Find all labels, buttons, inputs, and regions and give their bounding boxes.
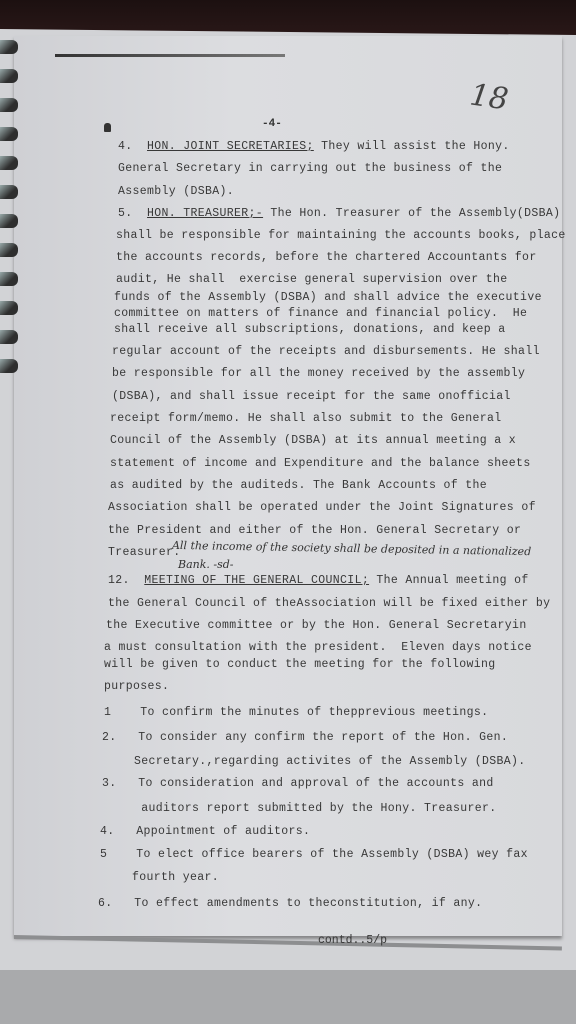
text-line: committee on matters of finance and fina… (114, 307, 527, 320)
section-heading: HON. TREASURER;- (147, 207, 263, 220)
printed-rule (55, 54, 285, 57)
text-line: General Secretary in carrying out the bu… (118, 162, 502, 175)
handwritten-annotation: Bank. -sd- (178, 558, 234, 571)
text-line: a must consultation with the president. … (104, 641, 532, 654)
text-line: the accounts records, before the charter… (116, 251, 537, 264)
text-line: fourth year. (132, 871, 219, 884)
section-4-line: 4. HON. JOINT SECRETARIES; They will ass… (118, 140, 510, 153)
text-line: purposes. (104, 680, 169, 693)
purpose-3: 3. To consideration and approval of the … (102, 777, 494, 790)
spiral-binding-icon (0, 40, 24, 388)
section-5-line: 5. HON. TREASURER;- The Hon. Treasurer o… (118, 207, 560, 220)
text-line: (DSBA), and shall issue receipt for the … (112, 390, 511, 403)
text-line: as audited by the auditeds. The Bank Acc… (110, 479, 487, 492)
section-heading: MEETING OF THE GENERAL COUNCIL; (144, 574, 369, 587)
text-line: statement of income and Expenditure and … (110, 457, 531, 470)
purpose-6: 6. To effect amendments to theconstituti… (98, 897, 482, 910)
text-line: Council of the Assembly (DSBA) at its an… (110, 434, 516, 447)
text-line: be responsible for all the money receive… (112, 367, 525, 380)
text-line: audit, He shall exercise general supervi… (116, 273, 508, 286)
purpose-5: 5 To elect office bearers of the Assembl… (100, 848, 528, 861)
purpose-1: 1 To confirm the minutes of thepprevious… (104, 706, 488, 719)
purpose-2: 2. To consider any confirm the report of… (102, 731, 508, 744)
table-surface (0, 970, 576, 1024)
continued-footer: contd..5/p (318, 934, 387, 947)
text-line: funds of the Assembly (DSBA) and shall a… (114, 291, 542, 304)
purpose-4: 4. Appointment of auditors. (100, 825, 310, 838)
text-line: Assembly (DSBA). (118, 185, 234, 198)
text-line: the Executive committee or by the Hon. G… (106, 619, 527, 632)
text-line: shall receive all subscriptions, donatio… (114, 323, 506, 336)
text-line: receipt form/memo. He shall also submit … (110, 412, 502, 425)
text-line: Secretary.,regarding activites of the As… (134, 755, 526, 768)
handwritten-folio-number: 18 (468, 78, 511, 118)
text-line: Association shall be operated under the … (108, 501, 536, 514)
text-line: regular account of the receipts and disb… (112, 345, 540, 358)
section-heading: HON. JOINT SECRETARIES; (147, 140, 314, 153)
section-12-line: 12. MEETING OF THE GENERAL COUNCIL; The … (108, 574, 529, 587)
text-line: will be given to conduct the meeting for… (104, 658, 496, 671)
text-line: auditors report submitted by the Hony. T… (134, 802, 497, 815)
page-number: -4- (262, 118, 282, 130)
text-line: Treasurer. (108, 546, 181, 559)
text-line: shall be responsible for maintaining the… (116, 229, 566, 242)
text-line: the General Council of theAssociation wi… (108, 597, 550, 610)
ink-mark-icon (104, 123, 111, 132)
text-line: the President and either of the Hon. Gen… (108, 524, 521, 537)
